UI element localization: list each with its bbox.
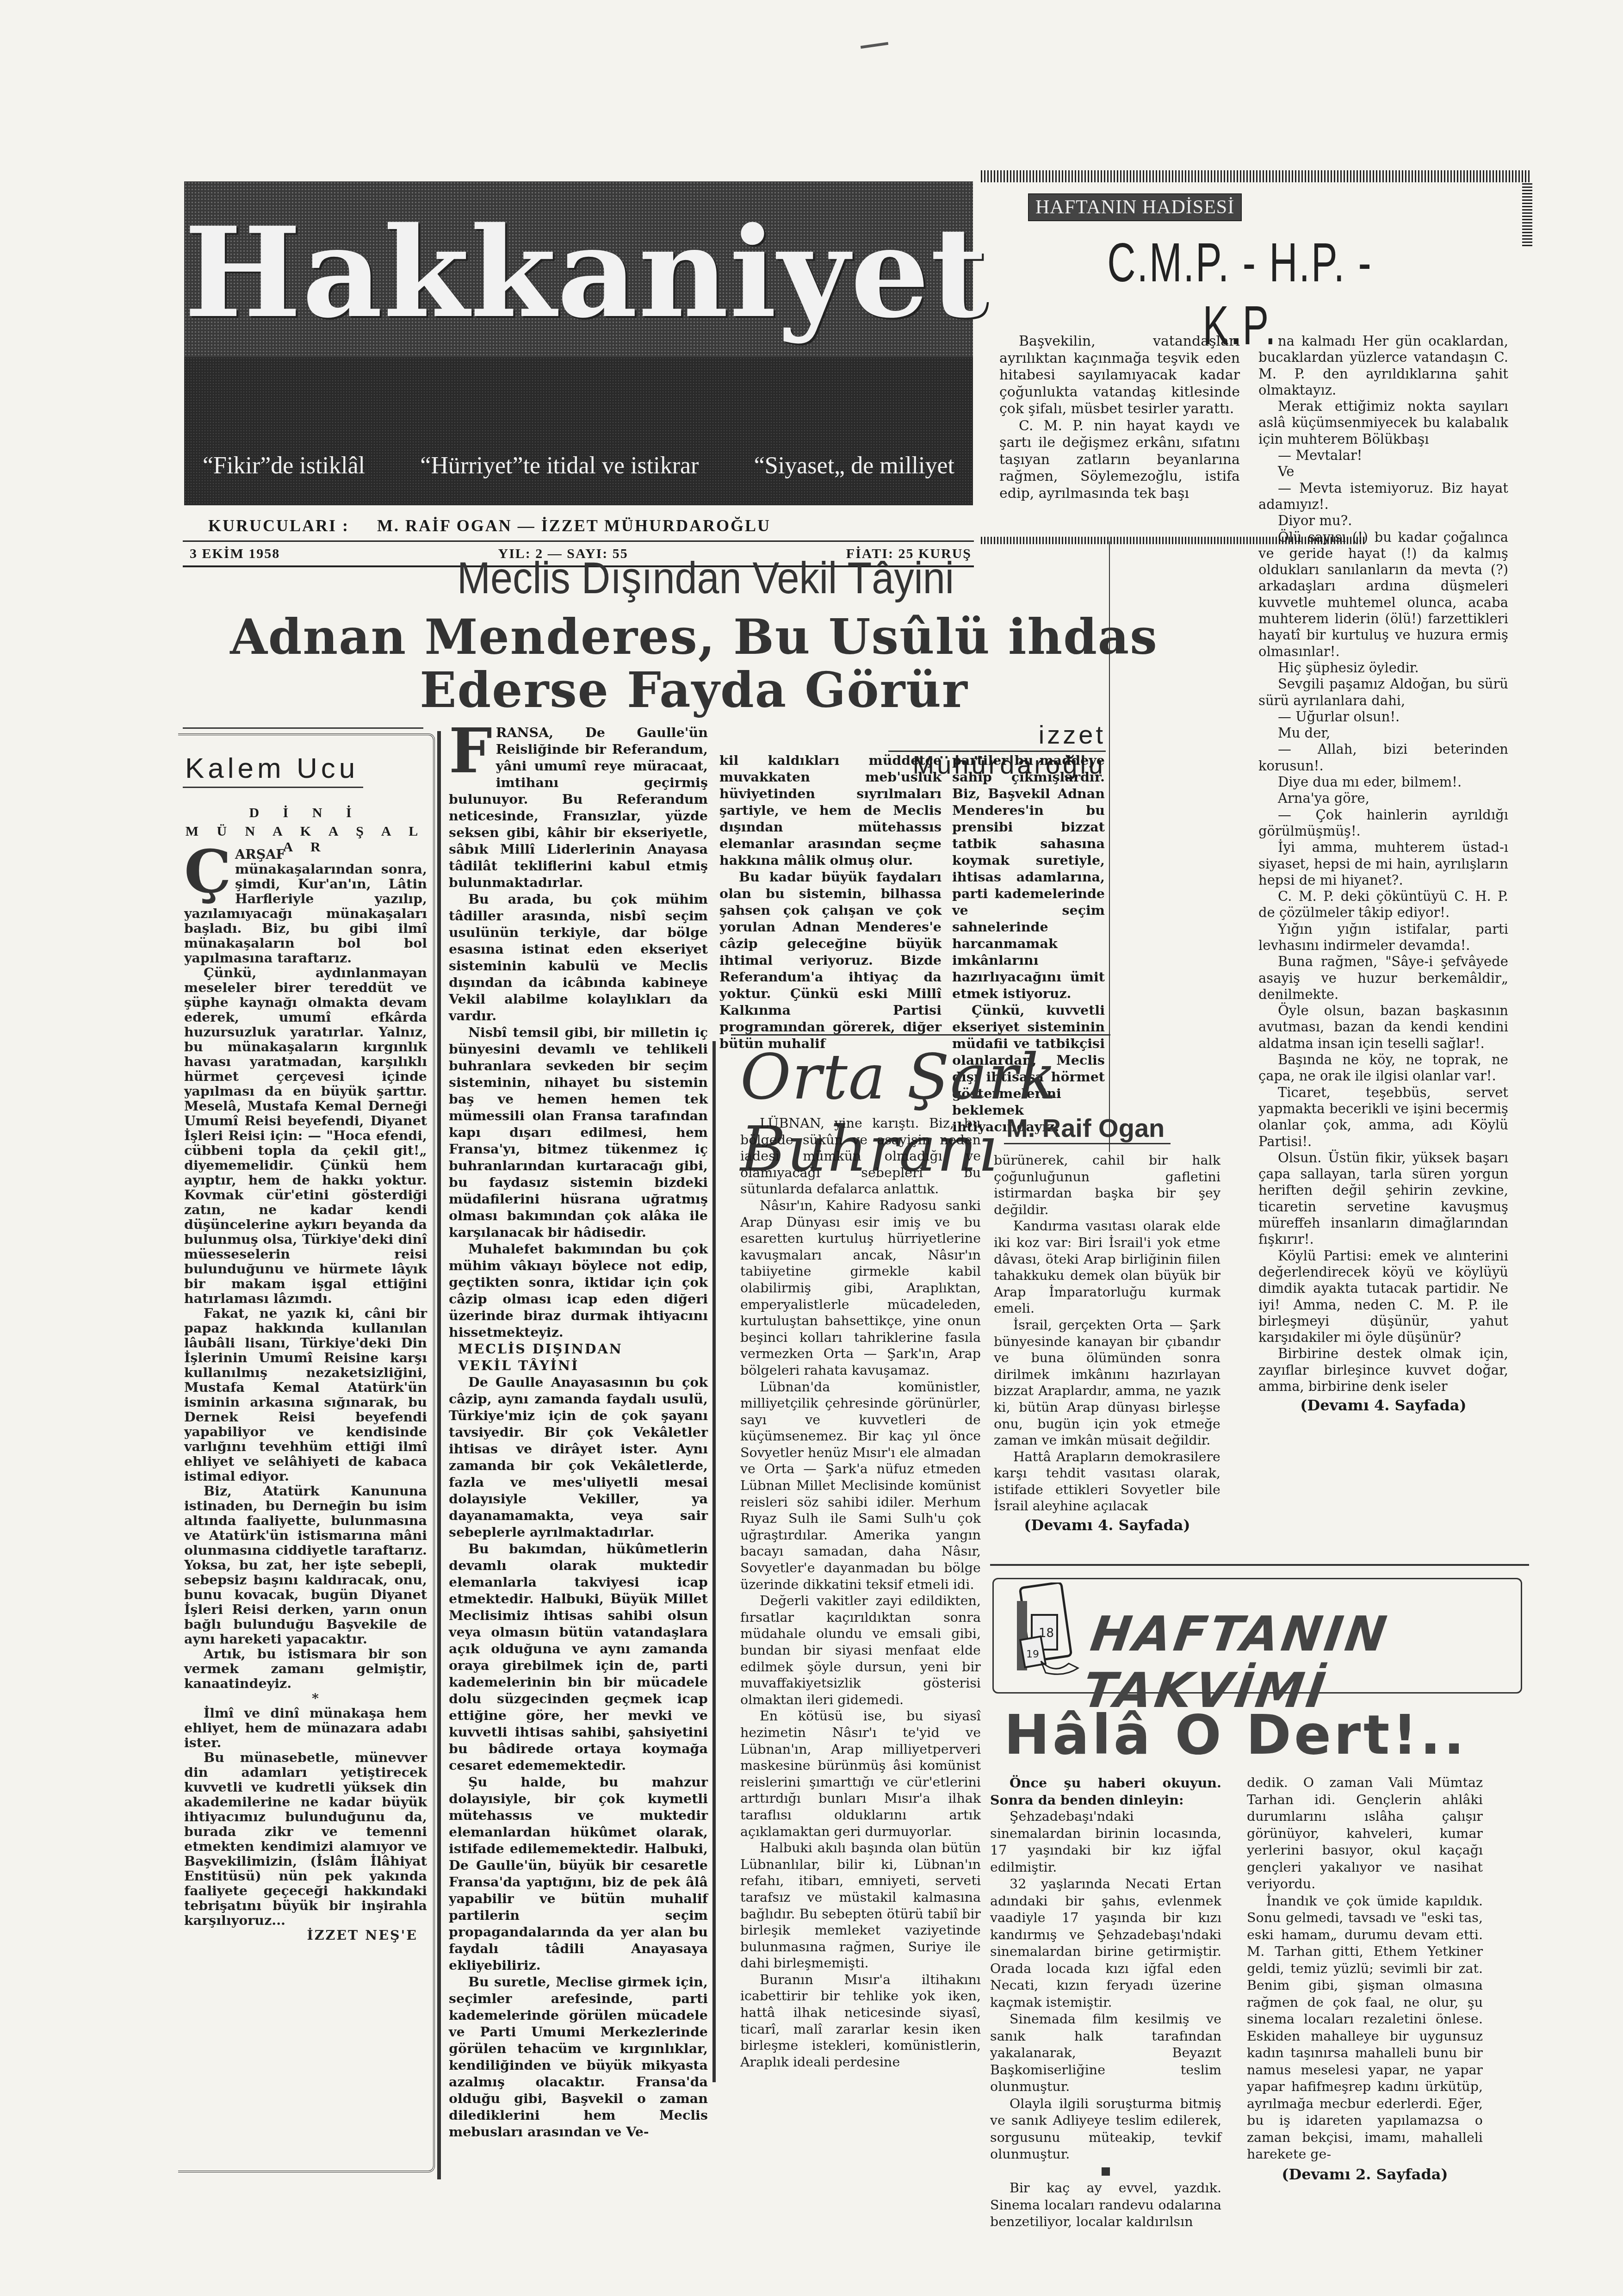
paragraph: Öyle olsun, bazan başkasının avutması, b…: [1258, 1003, 1508, 1052]
divider: [183, 540, 974, 542]
paragraph: Lübnan'da komünistler, milliyetçilik çeh…: [740, 1379, 981, 1593]
paragraph: Ölü sayısı (!) bu kadar çoğalınca ve ger…: [1258, 529, 1508, 660]
paragraph: partiler bu maddeye sahip çıkmışlardır. …: [952, 752, 1105, 1002]
paragraph: Birbirine destek olmak için, zayıflar bi…: [1258, 1346, 1508, 1395]
page-mark: [861, 42, 888, 49]
paragraph: İsrail, gerçekten Orta — Şark bünyesinde…: [994, 1317, 1220, 1449]
column-heading: D İ N İ: [185, 805, 426, 821]
decorative-border: [1522, 181, 1532, 246]
issue-date: 3 EKİM 1958: [190, 546, 280, 562]
paragraph: Nâsır'ın, Kahire Radyosu sanki Arap Düny…: [740, 1198, 981, 1379]
paragraph: 32 yaşlarında Necati Ertan adındaki bir …: [990, 1876, 1221, 2011]
paragraph: Değerli vakitler zayi edildikten, fırsat…: [740, 1593, 981, 1708]
paragraph: Başında ne köy, ne toprak, ne çapa, ne o…: [1258, 1052, 1508, 1085]
svg-text:19: 19: [1026, 1649, 1039, 1660]
paragraph: na kalmadı Her gün ocaklardan, bucaklard…: [1258, 333, 1508, 398]
drop-cap: Ç: [184, 847, 231, 897]
paragraph: dedik. O zaman Vali Mümtaz Tarhan idi. G…: [1247, 1775, 1483, 1893]
paragraph: — Allah, bizi beterinden korusun!.: [1258, 741, 1508, 774]
masthead-band: [184, 357, 973, 505]
paragraph: Köylü Partisi: emek ve alınterini değerl…: [1258, 1248, 1508, 1346]
paragraph: Önce şu haberi okuyun. Sonra da benden d…: [990, 1775, 1221, 1808]
continued-link[interactable]: (Devamı 4. Sayfada): [1258, 1397, 1508, 1414]
paragraph: Artık, bu istismara bir son vermek zaman…: [184, 1646, 427, 1691]
continued-link[interactable]: (Devamı 2. Sayfada): [1247, 2166, 1483, 2183]
paragraph: Bu münasebetle, münevver din adamları ye…: [184, 1750, 427, 1928]
article-column: na kalmadı Her gün ocaklardan, bucaklard…: [1258, 333, 1508, 1414]
separator-bullet: [990, 2163, 1221, 2180]
article-column: LÜBNAN, yine karıştı. Biz, bu bölgede sü…: [740, 1115, 981, 2070]
motto: “Fikir”de istiklâl: [203, 452, 365, 479]
article-column: kil kaldıkları müddetçe muvakkaten meb'u…: [719, 752, 942, 1052]
divider: [1004, 1143, 1171, 1144]
separator-star: *: [184, 1691, 427, 1706]
column-divider: [437, 731, 441, 2179]
founders-names: M. RAİF OGAN — İZZET MÜHURDAROĞLU: [377, 516, 771, 535]
paragraph: De Gaulle Anayasasının bu çok câzip, ayn…: [449, 1374, 708, 1540]
paragraph: bürünerek, cahil bir halk çoğunluğunun g…: [994, 1152, 1220, 1218]
paragraph: Bu kadar büyük faydaları olan bu sistemi…: [719, 869, 942, 1052]
subheading: VEKİL TÂYİNİ: [449, 1357, 708, 1374]
kalem-ucu-body: Ç ARŞAF münakaşalarından sonra, şimdi, K…: [184, 847, 427, 1942]
paragraph: Sevgili paşamız Aldoğan, bu sürü sürü ay…: [1258, 676, 1508, 709]
svg-text:18: 18: [1039, 1626, 1054, 1640]
headline-line-1: Adnan Menderes, Bu Usûlü ihdas: [185, 608, 1203, 665]
founders-line: KURUCULARI : M. RAİF OGAN — İZZET MÜHURD…: [208, 516, 972, 535]
paragraph: Yığın yığın istifalar, parti levhasını i…: [1258, 921, 1508, 954]
divider: [183, 787, 363, 788]
column-title: Kalem Ucu: [185, 752, 370, 785]
divider: [990, 1564, 1529, 1566]
paragraph: Hattâ Arapların demokrasilere karşı tehd…: [994, 1449, 1220, 1514]
founders-label: KURUCULARI :: [208, 516, 349, 535]
motto: “Siyaset„ de milliyet: [754, 452, 954, 479]
paragraph: Bir kaç ay evvel, yazdık. Sinema localar…: [990, 2180, 1221, 2231]
paragraph: Ticaret, teşebbüs, servet yapmakta becer…: [1258, 1085, 1508, 1150]
paragraph: C. M. P. deki çöküntüyü C. H. P. de çözü…: [1258, 888, 1508, 921]
paragraph: Bu suretle, Meclise girmek için, seçimle…: [449, 1973, 708, 2140]
square-bullet-icon: [1102, 2167, 1110, 2176]
article-column: bürünerek, cahil bir halk çoğunluğunun g…: [994, 1152, 1225, 1534]
paragraph: Başvekilin, vatandaşları ayrılıktan kaçı…: [999, 333, 1240, 418]
motto: “Hürriyet”te itidal ve istikrar: [420, 452, 699, 479]
article-column: Önce şu haberi okuyun. Sonra da benden d…: [990, 1775, 1221, 2231]
paragraph: İyi amma, muhterem üstad-ı siyaset, heps…: [1258, 839, 1508, 888]
paragraph: Buna rağmen, "Sâye-i şefvâyede asayiş ve…: [1258, 954, 1508, 1003]
divider: [731, 1034, 1110, 1036]
paragraph: Diye dua mı eder, bilmem!.: [1258, 774, 1508, 790]
paragraph: kil kaldıkları müddetçe muvakkaten meb'u…: [719, 752, 942, 869]
paragraph: Biz, Atatürk Kanununa istinaden, bu Dern…: [184, 1483, 427, 1646]
paragraph: — Çok hainlerin ayrıldığı görülmüşmüş!.: [1258, 807, 1508, 840]
author-byline: M. Raif Ogan: [1006, 1113, 1168, 1143]
calendar-icon: 18 19: [1013, 1582, 1083, 1680]
paragraph: Hiç şüphesiz öyledir.: [1258, 660, 1508, 676]
paragraph: İlmî ve dinî münakaşa hem ehliyet, hem d…: [184, 1706, 427, 1750]
paragraph: İnandık ve çok ümide kapıldık. Sonu gelm…: [1247, 1893, 1483, 2163]
paragraph: Ve: [1258, 464, 1508, 480]
paragraph: Buranın Mısır'a iltihakını icabettirir b…: [740, 1972, 981, 2071]
drop-cap: F: [449, 724, 492, 779]
column-divider: [712, 1041, 716, 2082]
article-column: F RANSA, De Gaulle'ün Reisliğinde bir Re…: [449, 724, 708, 2140]
paragraph: C. M. P. nin hayat kaydı ve şartı ile de…: [999, 418, 1240, 503]
author-signature: İZZET NEŞ'E: [184, 1928, 427, 1942]
decorative-border: [981, 170, 1531, 182]
paragraph: Fakat, ne yazık ki, câni bir papaz hakkı…: [184, 1306, 427, 1483]
paragraph: Bu arada, bu çok mühim tâdiller arasında…: [449, 891, 708, 1024]
newspaper-title: Hakkaniyet: [184, 200, 973, 346]
article-title: Hâlâ O Dert!..: [1004, 1703, 1513, 1767]
masthead-mottos: “Fikir”de istiklâl “Hürriyet”te itidal v…: [203, 452, 954, 479]
paragraph: Arna'ya göre,: [1258, 790, 1508, 807]
paragraph: Çünkü, aydınlanmayan meseleler birer ter…: [184, 965, 427, 1306]
paragraph: Halbuki akılı başında olan bütün Lübnanl…: [740, 1840, 981, 1972]
paragraph: Şu halde, bu mahzur dolayısiyle, bir çok…: [449, 1774, 708, 1973]
divider: [183, 727, 423, 729]
paragraph: — Mevta istemiyoruz. Biz hayat adamıyız!…: [1258, 480, 1508, 513]
paragraph: — Uğurlar olsun!.: [1258, 709, 1508, 725]
paragraph: Bu bakımdan, hükûmetlerin devamlı olarak…: [449, 1540, 708, 1774]
subheading: MECLİS DIŞINDAN: [449, 1340, 708, 1357]
paragraph: Nisbî temsil gibi, bir milletin iç bünye…: [449, 1024, 708, 1241]
article-column: dedik. O zaman Vali Mümtaz Tarhan idi. G…: [1247, 1775, 1483, 2183]
section-label: HAFTANIN HADİSESİ: [1028, 193, 1242, 221]
masthead: Hakkaniyet “Fikir”de istiklâl “Hürriyet”…: [184, 181, 973, 505]
paragraph: Muhalefet bakımından bu çok mühim vâkıay…: [449, 1241, 708, 1340]
paragraph: Diyor mu?.: [1258, 513, 1508, 529]
paragraph: En kötüsü ise, bu siyasî hezimetin Nâsır…: [740, 1708, 981, 1840]
headline-kicker: Meclis Dışından Vekil Tâyini: [279, 553, 1133, 604]
paragraph: Olayla ilgili soruşturma bitmiş ve sanık…: [990, 2096, 1221, 2163]
paragraph: Şehzadebaşı'ndaki sinemalardan birinin l…: [990, 1808, 1221, 1876]
paragraph: LÜBNAN, yine karıştı. Biz, bu bölgede sü…: [740, 1115, 981, 1198]
section-label: HAFTANIN TAKVİMİ: [1079, 1606, 1511, 1719]
paragraph: — Mevtalar!: [1258, 447, 1508, 464]
article-column: Başvekilin, vatandaşları ayrılıktan kaçı…: [999, 333, 1240, 502]
continued-link[interactable]: (Devamı 4. Sayfada): [994, 1517, 1220, 1534]
paragraph: Olsun. Üstün fikir, yüksek başarı çapa s…: [1258, 1150, 1508, 1248]
paragraph: Mu der,: [1258, 725, 1508, 741]
headline-line-2: Ederse Fayda Görür: [185, 662, 1203, 719]
paragraph: Sinemada film kesilmiş ve sanık halk tar…: [990, 2011, 1221, 2096]
paragraph: Kandırma vasıtası olarak elde iki koz va…: [994, 1218, 1220, 1317]
paragraph: Merak ettiğimiz nokta sayıları aslâ küçü…: [1258, 398, 1508, 447]
